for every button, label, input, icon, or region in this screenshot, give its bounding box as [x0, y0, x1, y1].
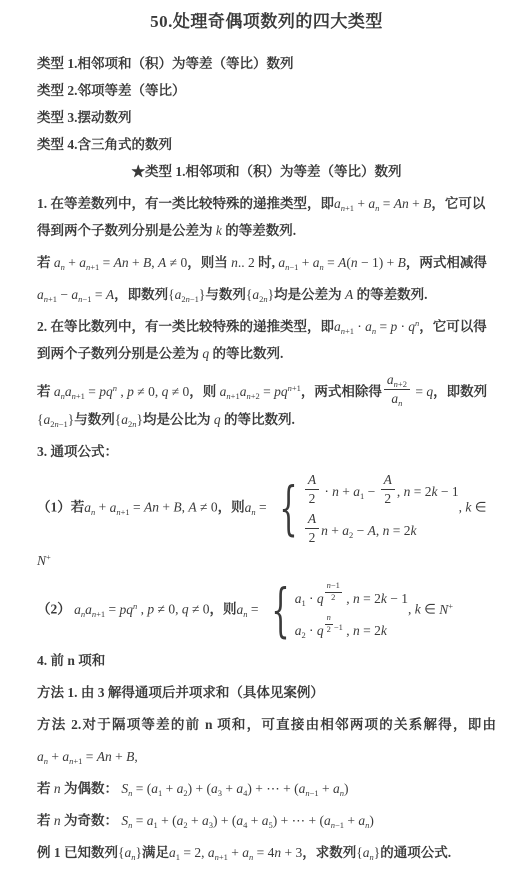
formula-general-term-2: （2） anan+1 = pqn , p ≠ 0, q ≠ 0，则an = {a… [37, 579, 496, 642]
cases-brace: { [279, 482, 297, 534]
para-geometric-derive: 若 anan+1 = pqn , p ≠ 0, q ≠ 0，则 an+1an+2… [37, 372, 496, 433]
type-list-item-3: 类型 3.摆动数列 [37, 104, 496, 131]
method-1: 方法 1. 由 3 解得通项后并项求和（具体见案例） [37, 679, 496, 706]
heading-general-formula: 3. 通项公式： [37, 438, 496, 465]
example-1: 例 1 已知数列{an}满足a1 = 2, an+1 + an = 4n + 3… [37, 839, 496, 866]
section-heading-type-1: ★类型 1.相邻项和（积）为等差（等比）数列 [37, 158, 496, 185]
formula-general-term-1: （1）若an + an+1 = An + B, A ≠ 0，则an = {A2 … [37, 470, 496, 574]
method-2-text: 方法 2.对于隔项等差的前 n 项和，可直接由相邻两项的关系解得，即由 [37, 711, 496, 738]
type-list-item-1: 类型 1.相邻项和（积）为等差（等比）数列 [37, 50, 496, 77]
para-arithmetic-derive-1: 若 an + an+1 = An + B, A ≠ 0，则当 n.. 2 时, … [37, 249, 496, 276]
cases-brace: { [271, 584, 289, 636]
document-body: 类型 1.相邻项和（积）为等差（等比）数列类型 2.邻项等差（等比）类型 3.摆… [37, 50, 496, 866]
para-arithmetic-derive-2: an+1 − an−1 = A，即数列{a2n−1}与数列{a2n}均是公差为 … [37, 281, 496, 308]
heading-sum: 4. 前 n 项和 [37, 647, 496, 674]
type-list-item-4: 类型 4.含三角式的数列 [37, 131, 496, 158]
sum-odd: 若 n 为奇数： Sn = a1 + (a2 + a3) + (a4 + a5)… [37, 807, 496, 834]
para-arithmetic-intro: 1. 在等差数列中，有一类比较特殊的递推类型，即an+1 + an = An +… [37, 190, 496, 244]
document-page: 50.处理奇偶项数列的四大类型 类型 1.相邻项和（积）为等差（等比）数列类型 … [0, 0, 528, 872]
para-geometric-intro: 2. 在等比数列中，有一类比较特殊的递推类型，即an+1 ⋅ an = p ⋅ … [37, 313, 496, 367]
sum-even: 若 n 为偶数： Sn = (a1 + a2) + (a3 + a4) + ⋯ … [37, 775, 496, 802]
doc-title: 50.处理奇偶项数列的四大类型 [37, 10, 496, 34]
method-2-formula: an + an+1 = An + B, [37, 743, 496, 770]
type-list-item-2: 类型 2.邻项等差（等比） [37, 77, 496, 104]
